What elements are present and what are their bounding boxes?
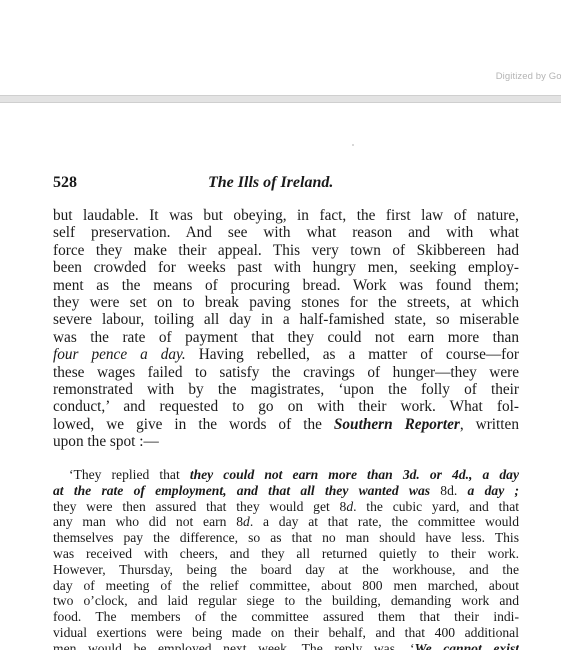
quote-line: at the rate of employment, and that all … (53, 483, 519, 499)
text-run: . the cubic yard, and that (353, 499, 519, 514)
text-line: they were set on to break paving stones … (53, 294, 519, 311)
text-run: Having rebelled, as a matter of course—f… (186, 346, 519, 363)
quote-line: food. The members of the committee assur… (53, 609, 519, 625)
text-line: was the rate of payment that they could … (53, 329, 519, 346)
text-line: conduct,’ and requested to go on with th… (53, 398, 519, 415)
running-head: 528 The Ills of Ireland. (53, 174, 519, 194)
quote-line: day of meeting of the relief committee, … (53, 578, 519, 594)
text-line: upon the spot :— (53, 433, 519, 450)
text-run: lowed, we give in the words of the (53, 416, 334, 433)
italic-d: d (243, 514, 250, 529)
text-line: severe labour, toiling all day in a half… (53, 311, 519, 328)
quote-line-cut: men would be employed next week. The rep… (53, 641, 519, 650)
text-line: these wages failed to satisfy the cravin… (53, 364, 519, 381)
text-line: remonstrated with by the magistrates, ‘u… (53, 381, 519, 398)
italic-phrase: four pence a day. (53, 346, 186, 363)
body-paragraph: but laudable. It was but obeying, in fac… (53, 207, 519, 450)
page-separator (0, 95, 561, 103)
text-run: men would be employed next week. The rep… (53, 641, 415, 650)
quote-line: two o’clock, and laid regular siege to t… (53, 593, 519, 609)
quote-line: vidual exertions were being made on thei… (53, 625, 519, 641)
quote-line: However, Thursday, being the board day a… (53, 562, 519, 578)
quote-line: themselves pay the difference, so as tha… (53, 530, 519, 546)
text-line: force they make their appeal. This very … (53, 242, 519, 259)
text-line: four pence a day. Having rebelled, as a … (53, 346, 519, 363)
text-run: 8d. (440, 483, 457, 498)
block-quote: ‘They replied that they could not earn m… (53, 467, 519, 650)
text-line: been crowded for weeks past with hungry … (53, 259, 519, 276)
italic-phrase: they could not earn more than 3d. or 4d.… (190, 467, 519, 482)
text-run: any man who did not earn 8 (53, 514, 243, 529)
text-line: but laudable. It was but obeying, in fac… (53, 207, 519, 224)
italic-phrase: a day ; (457, 483, 519, 498)
previous-page-bottom: Digitized by Goo (0, 0, 561, 95)
text-run: they were then assured that they would g… (53, 499, 346, 514)
quote-line: was received with cheers, and they all r… (53, 546, 519, 562)
scan-speck (352, 144, 354, 146)
italic-phrase: at the rate of employment, and that all … (53, 483, 440, 498)
newspaper-title: Southern Reporter (334, 416, 460, 433)
quote-line: any man who did not earn 8d. a day at th… (53, 514, 519, 530)
italic-phrase: We cannot exist (415, 641, 519, 650)
text-line: ment as the means of procuring bread. Wo… (53, 277, 519, 294)
quote-line: ‘They replied that they could not earn m… (53, 467, 519, 483)
digitized-watermark: Digitized by Goo (496, 71, 561, 82)
page-number: 528 (53, 174, 77, 192)
text-line: self preservation. And see with what rea… (53, 224, 519, 241)
running-title: The Ills of Ireland. (208, 174, 333, 192)
text-run: . a day at that rate, the committee woul… (250, 514, 519, 529)
text-line: lowed, we give in the words of the South… (53, 416, 519, 433)
quote-line: they were then assured that they would g… (53, 499, 519, 515)
text-run: , written (460, 416, 519, 433)
text-run: ‘They replied that (69, 467, 190, 482)
